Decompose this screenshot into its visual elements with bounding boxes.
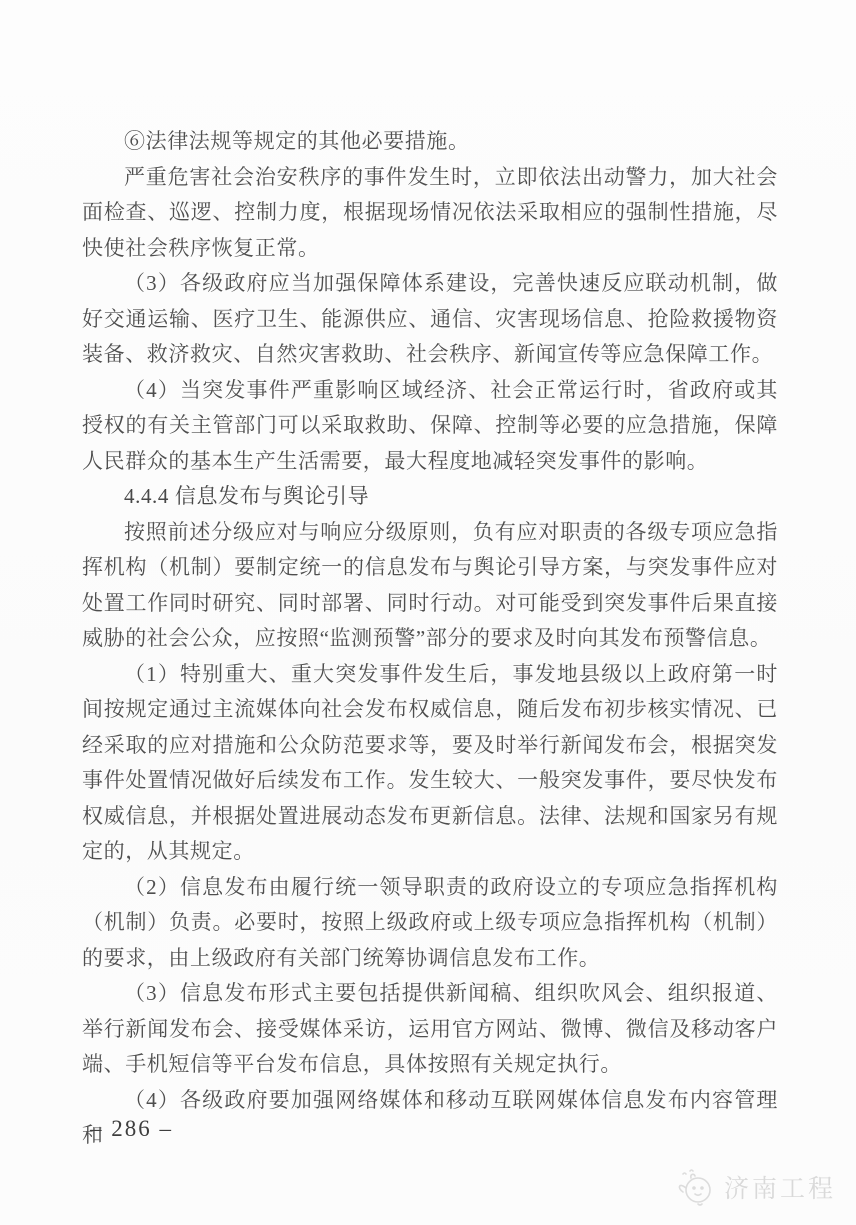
scanned-document-page: ⑥法律法规等规定的其他必要措施。 严重危害社会治安秩序的事件发生时，立即依法出动… <box>0 0 856 1225</box>
page-number: – 286 – <box>90 1114 173 1144</box>
section-heading-4-4-4: 4.4.4 信息发布与舆论引导 <box>82 479 778 515</box>
mascot-face-icon <box>671 1166 717 1208</box>
paragraph-other-measures: ⑥法律法规等规定的其他必要措施。 <box>82 124 778 160</box>
paragraph-item-4-network-media: （4）各级政府要加强网络媒体和移动互联网媒体信息发布内容管理和 <box>82 1083 778 1154</box>
paragraph-item-1-major-events-release: （1）特别重大、重大突发事件发生后，事发地县级以上政府第一时间按规定通过主流媒体… <box>82 657 778 870</box>
paragraph-item-2-release-responsibility: （2）信息发布由履行统一领导职责的政府设立的专项应急指挥机构（机制）负责。必要时… <box>82 870 778 977</box>
paragraph-item-3-support-system: （3）各级政府应当加强保障体系建设，完善快速反应联动机制，做好交通运输、医疗卫生… <box>82 266 778 373</box>
paragraph-graded-response-principle: 按照前述分级应对与响应分级原则，负有应对职责的各级专项应急指挥机构（机制）要制定… <box>82 515 778 657</box>
watermark: 济南工程 <box>671 1166 836 1208</box>
paragraph-item-4-emergency-measures: （4）当突发事件严重影响区域经济、社会正常运行时，省政府或其授权的有关主管部门可… <box>82 373 778 480</box>
document-body: ⑥法律法规等规定的其他必要措施。 严重危害社会治安秩序的事件发生时，立即依法出动… <box>82 124 778 1154</box>
paragraph-public-security: 严重危害社会治安秩序的事件发生时，立即依法出动警力，加大社会面检查、巡逻、控制力… <box>82 160 778 267</box>
watermark-text: 济南工程 <box>724 1169 836 1205</box>
paragraph-item-3-release-forms: （3）信息发布形式主要包括提供新闻稿、组织吹风会、组织报道、举行新闻发布会、接受… <box>82 976 778 1083</box>
